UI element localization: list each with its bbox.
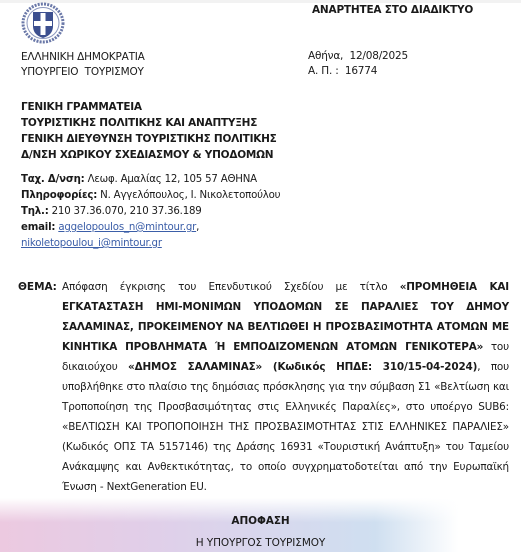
ministry-name: ΥΠΟΥΡΓΕΙΟ ΤΟΥΡΙΣΜΟΥ [21, 65, 144, 80]
info-value: Ν. Αγγελόπουλος, Ι. Νικολετοπούλου [97, 190, 280, 201]
email-link-1[interactable]: aggelopoulos_n@mintour.gr [58, 222, 196, 233]
info-label: Πληροφορίες: [21, 190, 97, 201]
info-line: Πληροφορίες: Ν. Αγγελόπουλος, Ι. Νικολετ… [21, 188, 280, 204]
org-general-secretariat: ΓΕΝΙΚΗ ΓΡΑΜΜΑΤΕΙΑ [21, 99, 142, 116]
place-date: Αθήνα, 12/08/2025 [308, 49, 408, 64]
subject-details: , που υποβλήθηκε στο πλαίσιο της δημόσια… [62, 361, 509, 493]
phone-value: 210 37.36.070, 210 37.36.189 [49, 206, 202, 217]
subject-intro: Απόφαση έγκρισης του Επενδυτικού Σχεδίου… [62, 281, 400, 293]
org-general-directorate: ΓΕΝΙΚΗ ΔΙΕΥΘΥΝΣΗ ΤΟΥΡΙΣΤΙΚΗΣ ΠΟΛΙΤΙΚΗΣ [21, 131, 277, 148]
email-line: email: aggelopoulos_n@mintour.gr, [21, 220, 199, 236]
address-label: Ταχ. Δ/νση: [21, 174, 85, 185]
state-name: ΕΛΛΗΝΙΚΗ ΔΗΜΟΚΡΑΤΙΑ [21, 50, 145, 65]
email-label: email: [21, 222, 55, 233]
org-tourism-policy: ΤΟΥΡΙΣΤΙΚΗΣ ΠΟΛΙΤΙΚΗΣ ΚΑΙ ΑΝΑΠΤΥΞΗΣ [21, 115, 257, 132]
email-separator: , [196, 222, 199, 233]
address-line: Ταχ. Δ/νση: Λεωφ. Αμαλίας 12, 105 57 ΑΘΗ… [21, 172, 257, 188]
decision-heading: ΑΠΟΦΑΣΗ [0, 515, 521, 527]
address-value: Λεωφ. Αμαλίας 12, 105 57 ΑΘΗΝΑ [85, 174, 257, 185]
phone-label: Τηλ.: [21, 206, 49, 217]
email-link-2[interactable]: nikoletopoulou_i@mintour.gr [21, 238, 162, 249]
beneficiary: «ΔΗΜΟΣ ΣΑΛΑΜΙΝΑΣ» (Κωδικός ΗΠΔΕ: 310/15-… [128, 361, 477, 373]
email-line-2: nikoletopoulou_i@mintour.gr [21, 236, 162, 252]
greek-coat-of-arms-icon [21, 2, 65, 44]
subject-label: ΘΕΜΑ: [18, 277, 57, 297]
org-directorate: Δ/ΝΣΗ ΧΩΡΙΚΟΥ ΣΧΕΔΙΑΣΜΟΥ & ΥΠΟΔΟΜΩΝ [21, 147, 273, 164]
subject-text: Απόφαση έγκρισης του Επενδυτικού Σχεδίου… [62, 277, 509, 497]
signatory: Η ΥΠΟΥΡΓΟΣ ΤΟΥΡΙΣΜΟΥ [0, 537, 521, 549]
publish-notice: ΑΝΑΡΤΗΤΕΑ ΣΤΟ ΔΙΑΔΙΚΤΥΟ [312, 3, 473, 18]
phone-line: Τηλ.: 210 37.36.070, 210 37.36.189 [21, 204, 202, 220]
protocol-number: Α. Π. : 16774 [308, 64, 377, 79]
